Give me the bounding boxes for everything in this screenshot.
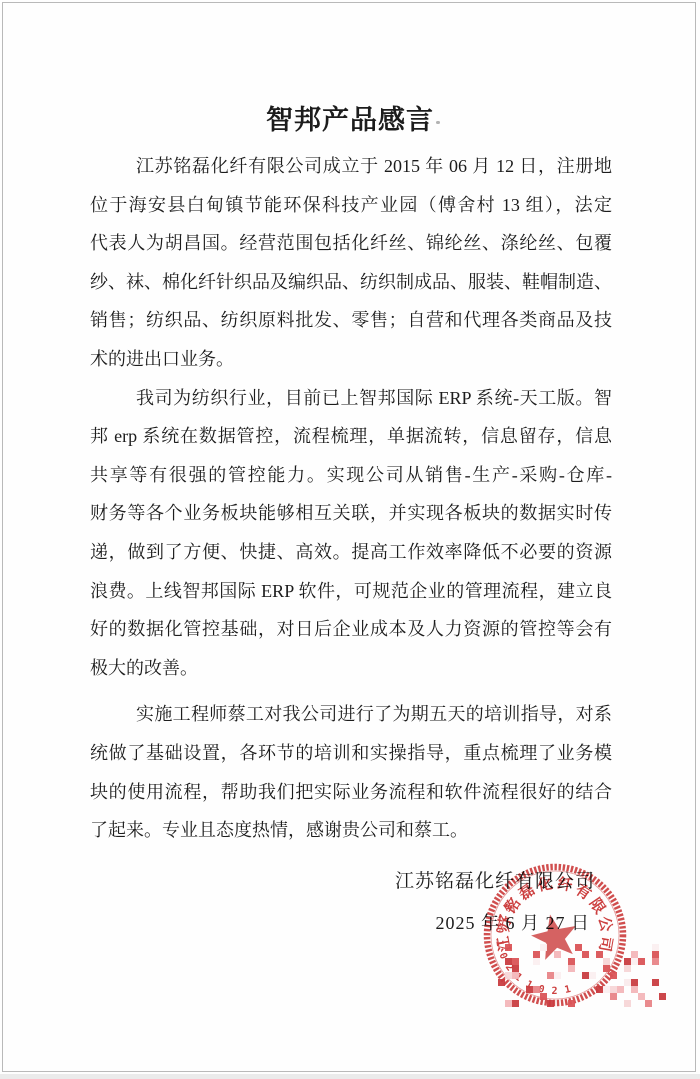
mosaic-redaction-block bbox=[652, 944, 659, 951]
svg-text:2: 2 bbox=[551, 986, 557, 997]
text-line: 好的数据化管控基础，对日后企业成本及人力资源的管控等会有 bbox=[90, 610, 612, 649]
paragraph: 实施工程师蔡工对我公司进行了为期五天的培训指导，对系统做了基础设置，各环节的培训… bbox=[90, 695, 612, 849]
mosaic-redaction-block bbox=[603, 986, 610, 993]
document-title: 智邦产品感言 bbox=[88, 98, 612, 137]
mosaic-redaction-block bbox=[652, 958, 659, 965]
mosaic-redaction-block bbox=[575, 944, 582, 951]
svg-text:1: 1 bbox=[524, 979, 534, 992]
svg-text:公: 公 bbox=[595, 915, 615, 934]
mosaic-redaction-block bbox=[596, 986, 603, 993]
mosaic-redaction-block bbox=[631, 958, 638, 965]
signature-date: 2025 年 6 月 27 日 bbox=[436, 909, 591, 935]
text-line: 财务等各个业务板块能够相互关联，并实现各板块的数据实时传 bbox=[90, 494, 612, 533]
svg-text:司: 司 bbox=[596, 935, 616, 953]
mosaic-redaction-block bbox=[568, 1000, 575, 1007]
mosaic-redaction-block bbox=[526, 986, 533, 993]
scan-artifact-speck bbox=[436, 121, 440, 124]
mosaic-redaction-block bbox=[638, 958, 645, 965]
text-line: 位于海安县白甸镇节能环保科技产业园（傅舍村 13 组），法定 bbox=[90, 186, 612, 225]
signature-company: 江苏铭磊化纤有限公司 bbox=[395, 866, 595, 893]
mosaic-redaction-block bbox=[589, 972, 596, 979]
mosaic-redaction-block bbox=[610, 986, 617, 993]
mosaic-redaction-block bbox=[568, 958, 575, 965]
mosaic-redaction-block bbox=[624, 958, 631, 965]
text-line: 我司为纺织行业，目前已上智邦国际 ERP 系统-天工版。智 bbox=[90, 379, 612, 418]
document-body: 江苏铭磊化纤有限公司成立于 2015 年 06 月 12 日，注册地位于海安县白… bbox=[90, 147, 612, 850]
text-line: 块的使用流程，帮助我们把实际业务流程和软件流程很好的结合 bbox=[90, 773, 612, 812]
text-line: 统做了基础设置，各环节的培训和实操指导，重点梳理了业务模 bbox=[90, 734, 612, 773]
svg-text:江: 江 bbox=[495, 934, 515, 954]
paragraph: 江苏铭磊化纤有限公司成立于 2015 年 06 月 12 日，注册地位于海安县白… bbox=[90, 147, 612, 379]
mosaic-redaction-block bbox=[554, 972, 561, 979]
mosaic-redaction-block bbox=[652, 951, 659, 958]
mosaic-redaction-block bbox=[652, 979, 659, 986]
mosaic-redaction-block bbox=[624, 979, 631, 986]
text-line: 江苏铭磊化纤有限公司成立于 2015 年 06 月 12 日，注册地 bbox=[90, 147, 612, 186]
mosaic-redaction-block bbox=[505, 972, 512, 979]
text-line: 浪费。上线智邦国际 ERP 软件，可规范企业的管理流程，建立良 bbox=[90, 572, 612, 611]
document-page: 智邦产品感言 江苏铭磊化纤有限公司成立于 2015 年 06 月 12 日，注册… bbox=[0, 0, 700, 1079]
mosaic-redaction-block bbox=[512, 1000, 519, 1007]
svg-text:1: 1 bbox=[564, 984, 572, 996]
mosaic-redaction-block bbox=[505, 958, 512, 965]
text-line: 了起来。专业且态度热情，感谢贵公司和蔡工。 bbox=[90, 811, 612, 850]
mosaic-redaction-block bbox=[533, 951, 540, 958]
mosaic-redaction-block bbox=[638, 993, 645, 1000]
text-line: 极大的改善。 bbox=[90, 649, 612, 688]
mosaic-redaction-block bbox=[547, 1000, 554, 1007]
mosaic-redaction-block bbox=[596, 951, 603, 958]
text-line: 递，做到了方便、快捷、高效。提高工作效率降低不必要的资源 bbox=[90, 533, 612, 572]
mosaic-redaction-block bbox=[603, 958, 610, 965]
text-line: 术的进出口业务。 bbox=[90, 340, 612, 379]
mosaic-redaction-block bbox=[603, 965, 610, 972]
svg-text:0: 0 bbox=[496, 951, 508, 961]
mosaic-redaction-block bbox=[624, 965, 631, 972]
mosaic-redaction-block bbox=[631, 951, 638, 958]
mosaic-redaction-block bbox=[505, 944, 512, 951]
mosaic-redaction-block bbox=[505, 1000, 512, 1007]
paragraph: 我司为纺织行业，目前已上智邦国际 ERP 系统-天工版。智邦 erp 系统在数据… bbox=[90, 379, 612, 688]
mosaic-redaction-block bbox=[645, 1000, 652, 1007]
mosaic-redaction-block bbox=[498, 979, 505, 986]
mosaic-redaction-block bbox=[512, 965, 519, 972]
mosaic-redaction-block bbox=[624, 1000, 631, 1007]
text-line: 实施工程师蔡工对我公司进行了为期五天的培训指导，对系 bbox=[90, 695, 612, 734]
mosaic-redaction-block bbox=[624, 979, 631, 986]
mosaic-redaction-block bbox=[512, 972, 519, 979]
mosaic-redaction-block bbox=[631, 986, 638, 993]
svg-text:0: 0 bbox=[537, 984, 546, 996]
mosaic-redaction-block bbox=[582, 951, 589, 958]
svg-text:1: 1 bbox=[512, 971, 524, 983]
mosaic-redaction-block bbox=[659, 993, 666, 1000]
text-line: 共享等有很强的管控能力。实现公司从销售-生产-采购-仓库- bbox=[90, 456, 612, 495]
mosaic-redaction-block bbox=[533, 958, 540, 965]
mosaic-redaction-block bbox=[540, 944, 547, 951]
mosaic-redaction-block bbox=[631, 979, 638, 986]
mosaic-redaction-block bbox=[610, 993, 617, 1000]
mosaic-redaction-block bbox=[512, 958, 519, 965]
text-line: 纱、袜、棉化纤针织品及编织品、纺织制成品、服装、鞋帽制造、 bbox=[90, 263, 612, 302]
mosaic-redaction-block bbox=[554, 951, 561, 958]
mosaic-redaction-block bbox=[533, 986, 540, 993]
text-line: 销售；纺织品、纺织原料批发、零售；自营和代理各类商品及技 bbox=[90, 301, 612, 340]
scan-edge-strip bbox=[0, 1074, 700, 1079]
mosaic-redaction-block bbox=[547, 972, 554, 979]
mosaic-redaction-block bbox=[540, 993, 547, 1000]
svg-text:1: 1 bbox=[493, 940, 505, 948]
mosaic-redaction-block bbox=[610, 972, 617, 979]
svg-text:2: 2 bbox=[503, 962, 515, 973]
mosaic-redaction-block bbox=[617, 986, 624, 993]
text-line: 邦 erp 系统在数据管控，流程梳理，单据流转，信息留存，信息 bbox=[90, 417, 612, 456]
text-line: 代表人为胡昌国。经营范围包括化纤丝、锦纶丝、涤纶丝、包覆 bbox=[90, 224, 612, 263]
mosaic-redaction-block bbox=[582, 972, 589, 979]
mosaic-redaction-block bbox=[568, 965, 575, 972]
